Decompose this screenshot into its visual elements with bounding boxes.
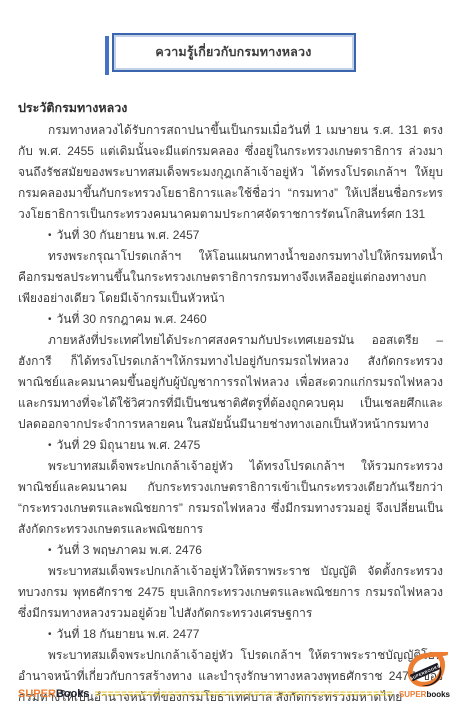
bullet-marker-icon: • <box>48 225 52 246</box>
bullet-item: •วันที่ 29 มิถุนายน พ.ศ. 2475 <box>18 435 443 456</box>
document-page: ความรู้เกี่ยวกับกรมทางหลวง ประวัติกรมทาง… <box>0 0 460 716</box>
bullet-text: วันที่ 30 กรกฎาคม พ.ศ. 2460 <box>57 312 207 326</box>
title-box-row: ความรู้เกี่ยวกับกรมทางหลวง <box>0 33 460 72</box>
brand-super-text: SUPER <box>18 688 56 700</box>
paragraph: พระบาทสมเด็จพระปกเกล้าเจ้าอยู่หัว ได้ทรง… <box>18 456 443 540</box>
paragraph: พระบาทสมเด็จพระปกเกล้าเจ้าอยู่หัวให้ตราพ… <box>18 561 443 624</box>
document-body: ประวัติกรมทางหลวง กรมทางหลวงได้รับการสถา… <box>18 98 443 708</box>
bullet-text: วันที่ 3 พฤษภาคม พ.ศ. 2476 <box>57 543 202 557</box>
paragraph: กรมทางหลวงได้รับการสถาปนาขึ้นเป็นกรมเมื่… <box>18 120 443 225</box>
brand-books-text: Books <box>56 688 90 700</box>
bullet-text: วันที่ 18 กันยายน พ.ศ. 2477 <box>57 627 200 641</box>
document-title: ความรู้เกี่ยวกับกรมทางหลวง <box>155 45 311 59</box>
bullet-item: •วันที่ 30 กรกฎาคม พ.ศ. 2460 <box>18 309 443 330</box>
bullet-item: •วันที่ 3 พฤษภาคม พ.ศ. 2476 <box>18 540 443 561</box>
bullet-text: วันที่ 29 มิถุนายน พ.ศ. 2475 <box>57 438 201 452</box>
footer-brand-left: SUPERBooks <box>18 688 90 700</box>
bullet-marker-icon: • <box>48 624 52 645</box>
title-box: ความรู้เกี่ยวกับกรมทางหลวง <box>112 33 356 72</box>
footer-brand-right-wrap: SUPERBOOKS SUPERbooks <box>399 684 450 702</box>
superbooks-logo-icon: SUPERBOOKS <box>406 652 448 692</box>
title-accent-bar <box>105 36 109 75</box>
footer-separator-line: ========================================… <box>95 688 394 700</box>
bullet-text: วันที่ 30 กันยายน พ.ศ. 2457 <box>57 228 200 242</box>
section-heading: ประวัติกรมทางหลวง <box>18 98 443 119</box>
paragraph: ทรงพระกรุณาโปรดเกล้าฯ ให้โอนแผนกทางน้ำขอ… <box>18 246 443 309</box>
bullet-marker-icon: • <box>48 540 52 561</box>
paragraph: ภายหลังที่ประเทศไทยได้ประกาศสงครามกับประ… <box>18 330 443 435</box>
bullet-item: •วันที่ 30 กันยายน พ.ศ. 2457 <box>18 225 443 246</box>
footer: SUPERBooks =============================… <box>18 684 450 702</box>
bullet-marker-icon: • <box>48 309 52 330</box>
bullet-item: •วันที่ 18 กันยายน พ.ศ. 2477 <box>18 624 443 645</box>
bullet-marker-icon: • <box>48 435 52 456</box>
